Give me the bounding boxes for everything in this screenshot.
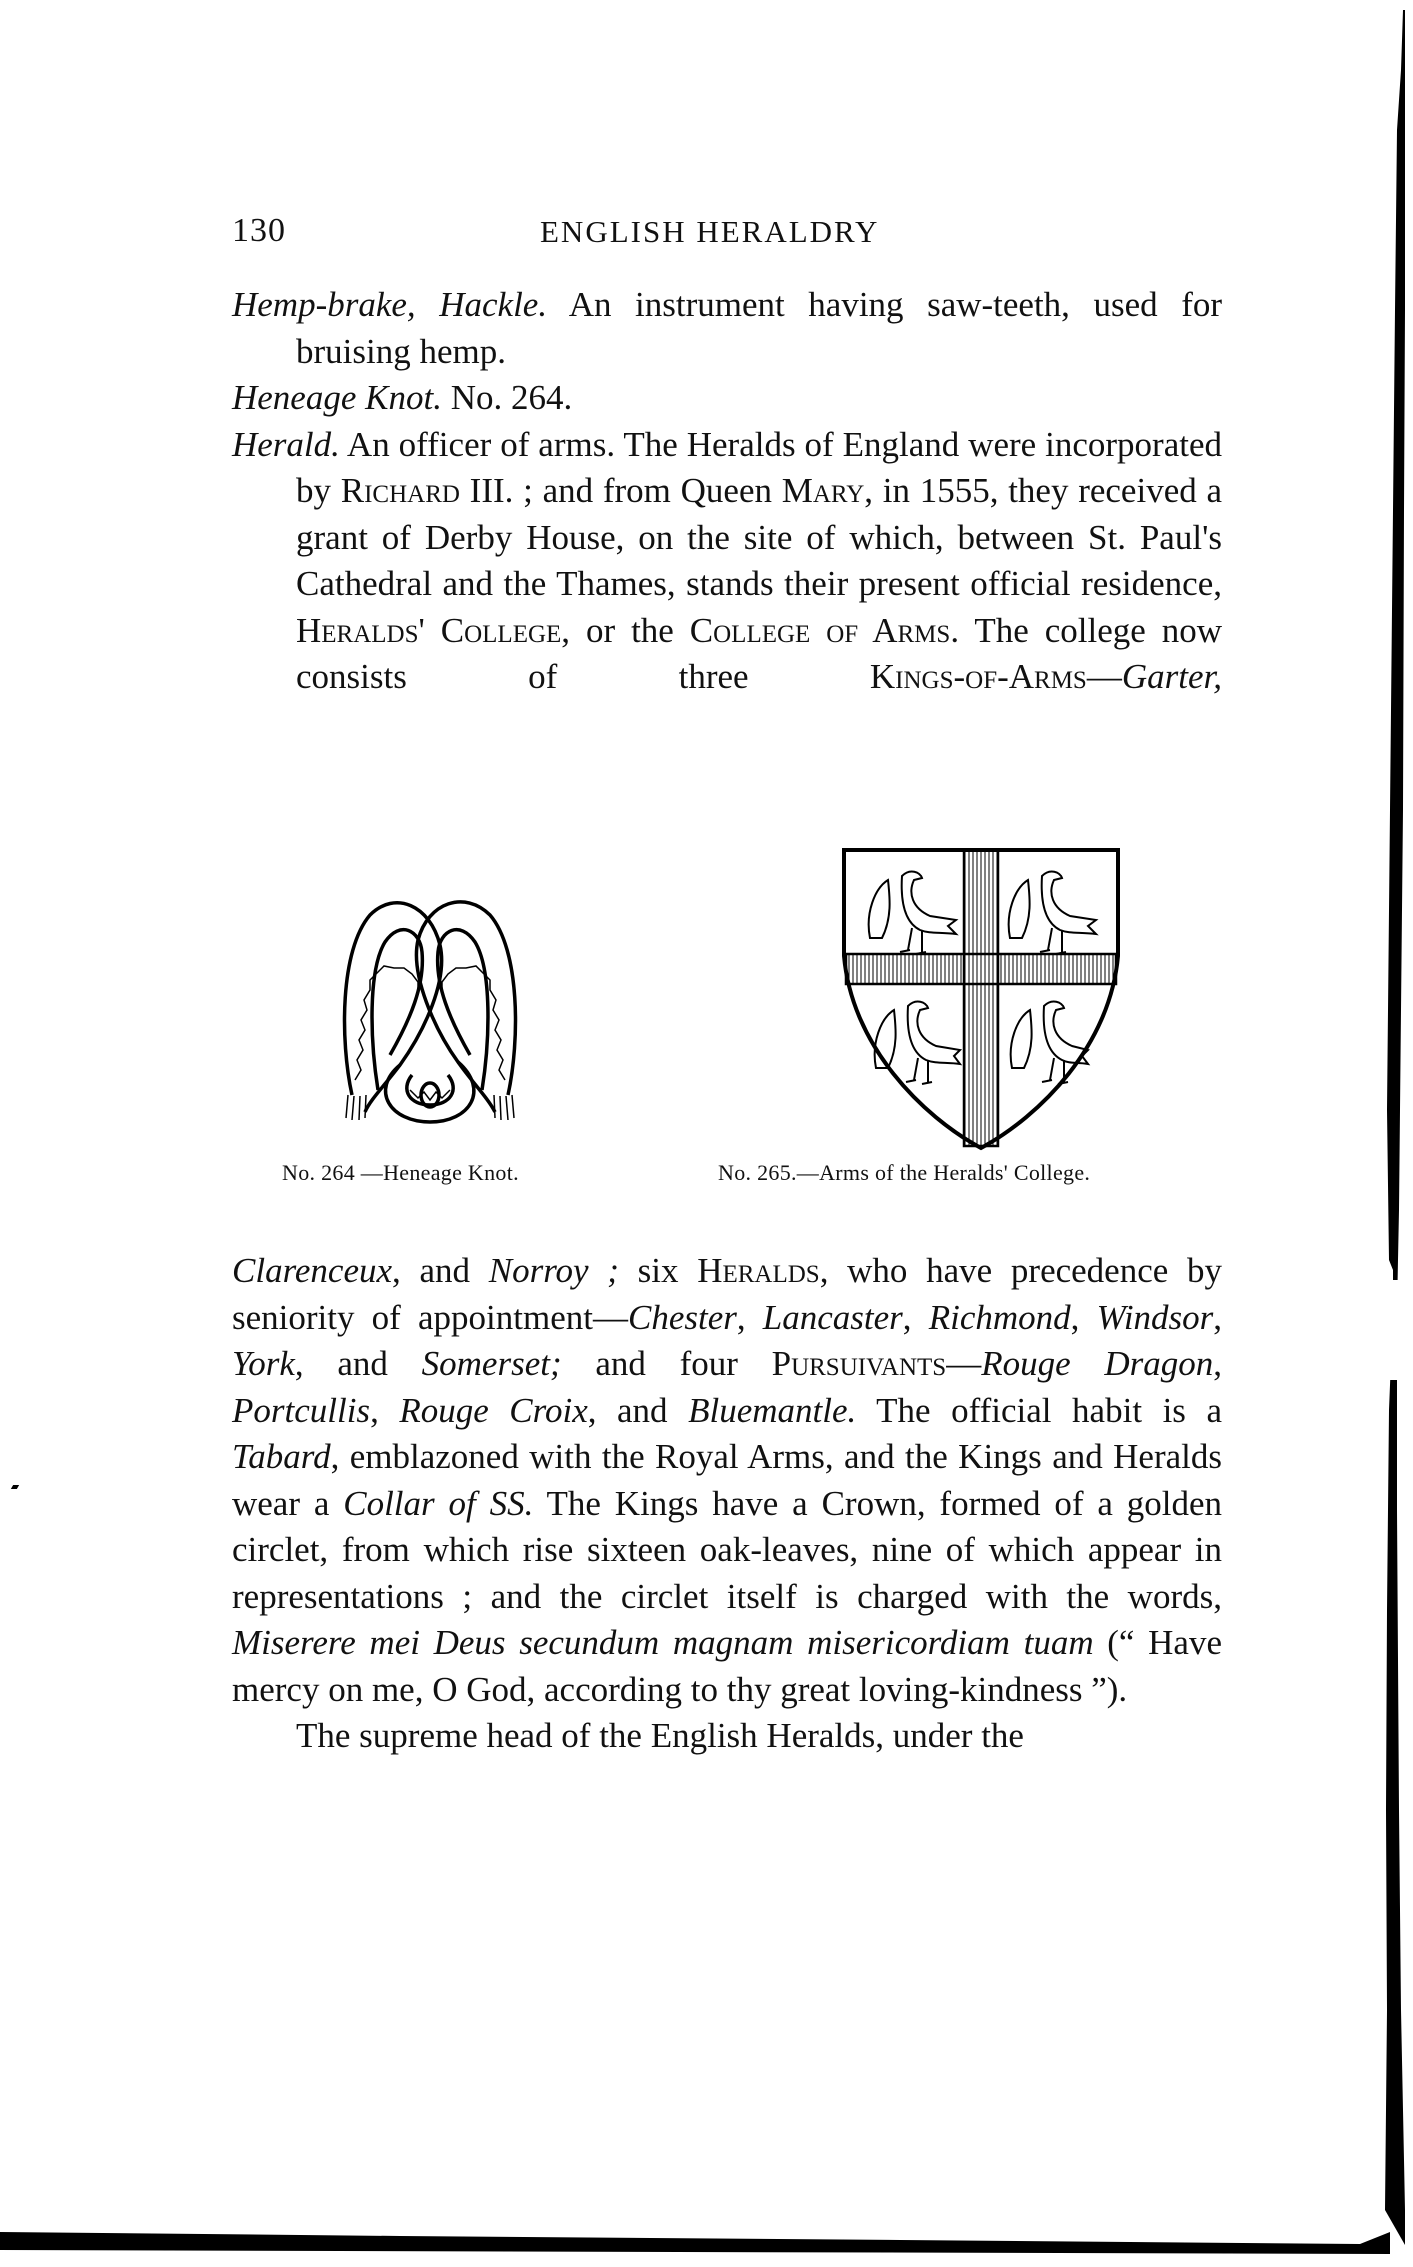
running-head: 130 ENGLISH HERALDRY xyxy=(232,212,1222,252)
entry-hemp-brake: Hemp-brake, Hackle. An instrument having… xyxy=(232,282,1222,375)
term-herald: Herald. xyxy=(232,425,340,464)
running-title: ENGLISH HERALDRY xyxy=(540,214,879,250)
scan-speck xyxy=(11,1485,19,1489)
term-hemp-brake: Hemp-brake, Hackle. xyxy=(232,285,547,324)
scanned-bottom-edge xyxy=(0,2232,1390,2254)
glossary-block-top: Hemp-brake, Hackle. An instrument having… xyxy=(232,282,1222,701)
herald-continuation: Clarenceux, and Norroy ; six Heralds, wh… xyxy=(232,1248,1222,1713)
heneage-knot-illustration xyxy=(330,890,530,1125)
page-number: 130 xyxy=(232,212,286,250)
entry-herald: Herald. An officer of arms. The Heralds … xyxy=(232,422,1222,701)
figure-caption-264: No. 264 —Heneage Knot. xyxy=(282,1160,519,1186)
heralds-college-shield-illustration xyxy=(840,846,1122,1152)
glossary-block-bottom: Clarenceux, and Norroy ; six Heralds, wh… xyxy=(232,1248,1222,1760)
figure-caption-265: No. 265.—Arms of the Heralds' College. xyxy=(718,1160,1090,1186)
entry-heneage-knot: Heneage Knot. No. 264. xyxy=(232,375,1222,422)
scanned-spine-edge xyxy=(1383,10,1405,2245)
supreme-head-paragraph: The supreme head of the English Heralds,… xyxy=(232,1713,1222,1760)
term-heneage-knot: Heneage Knot. xyxy=(232,378,442,417)
book-page: 130 ENGLISH HERALDRY Hemp-brake, Hackle.… xyxy=(0,0,1413,2267)
